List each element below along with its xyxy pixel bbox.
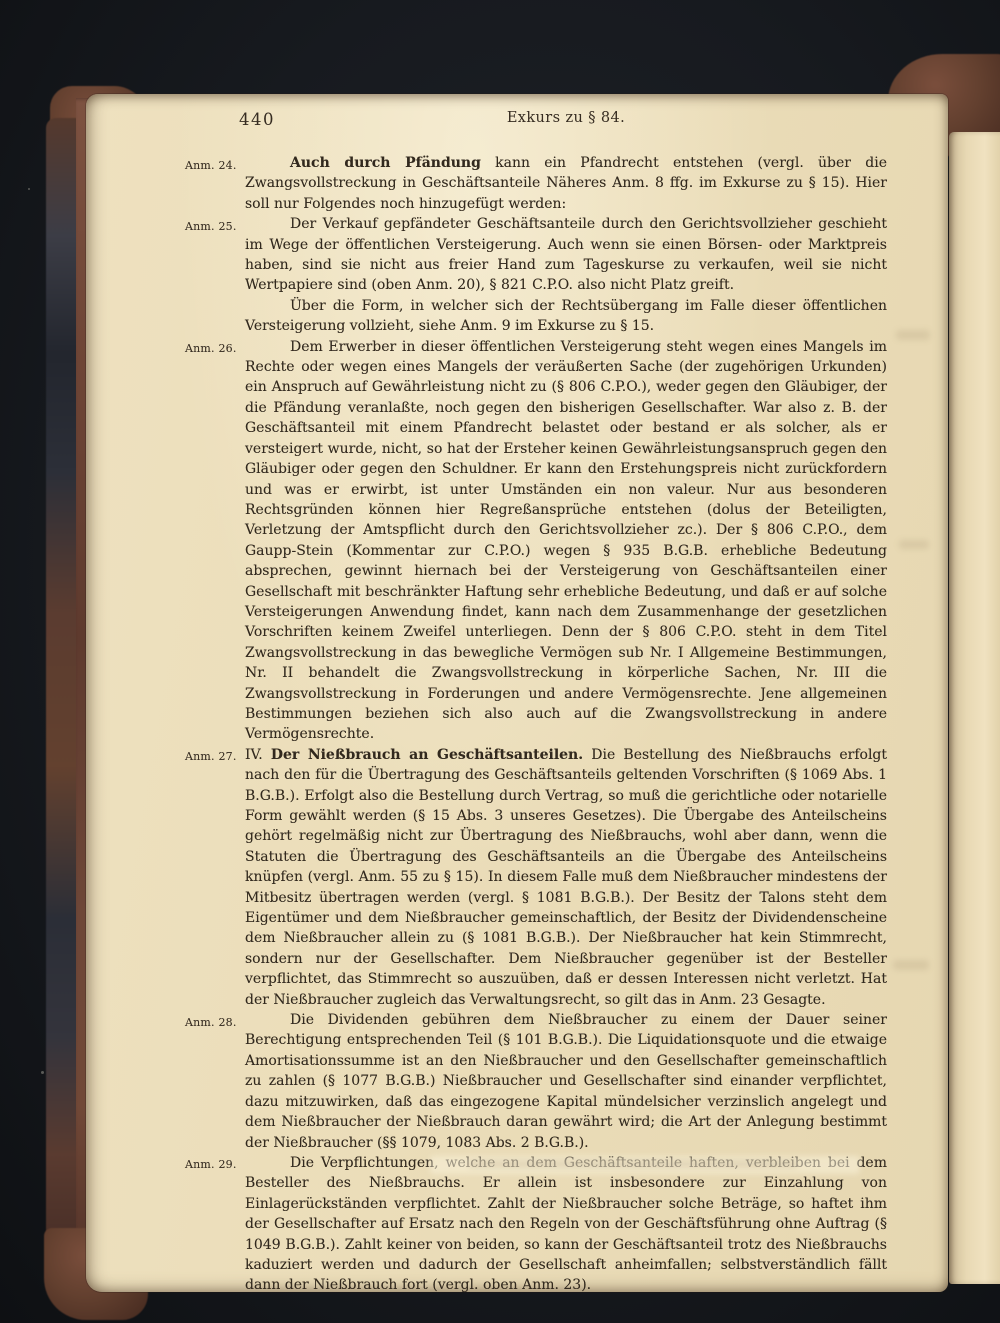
page-number: 440: [239, 110, 275, 129]
dust-speck: [41, 1071, 44, 1074]
paragraph-lead-bold: Auch durch Pfändung: [290, 155, 481, 171]
paragraph: Anm. 24.Auch durch Pfändung kann ein Pfa…: [245, 153, 887, 214]
book-page: 440 Exkurs zu § 84. Anm. 24.Auch durch P…: [86, 94, 948, 1292]
paragraph: Anm. 25.Der Verkauf gepfändeter Geschäft…: [245, 214, 887, 296]
margin-annotation-label: Anm. 25.: [185, 217, 237, 237]
dust-speck: [28, 188, 30, 190]
margin-annotation-label: Anm. 28.: [185, 1013, 237, 1033]
margin-annotation-label: Anm. 26.: [185, 339, 237, 359]
margin-annotation-label: Anm. 24.: [185, 156, 237, 176]
show-through-text-ghost: [899, 540, 929, 549]
book-photo: 440 Exkurs zu § 84. Anm. 24.Auch durch P…: [0, 0, 1000, 1323]
show-through-text-ghost: [468, 1160, 798, 1168]
running-head: Exkurs zu § 84.: [245, 110, 887, 126]
next-page-sliver: [949, 132, 1000, 1284]
margin-annotation-label: Anm. 29.: [185, 1155, 237, 1175]
show-through-text-ghost: [896, 330, 930, 340]
paragraph: Anm. 28.Die Dividenden gebühren dem Nieß…: [245, 1010, 887, 1153]
paragraph: Anm. 27.IV. Der Nießbrauch an Geschäftsa…: [245, 745, 887, 1010]
paragraph-lead-bold: Der Nießbrauch an Geschäftsanteilen.: [271, 747, 583, 763]
page-header: 440 Exkurs zu § 84.: [245, 110, 887, 132]
paragraph: Anm. 29.Die Verpflichtungen, welche an d…: [245, 1153, 887, 1296]
show-through-text-ghost: [893, 960, 929, 970]
paragraph: Anm. 26.Dem Erwerber in dieser öffentlic…: [245, 337, 887, 745]
margin-annotation-label: Anm. 27.: [185, 747, 237, 767]
text-block: Anm. 24.Auch durch Pfändung kann ein Pfa…: [245, 153, 887, 1296]
paragraph: Über die Form, in welcher sich der Recht…: [245, 296, 887, 337]
